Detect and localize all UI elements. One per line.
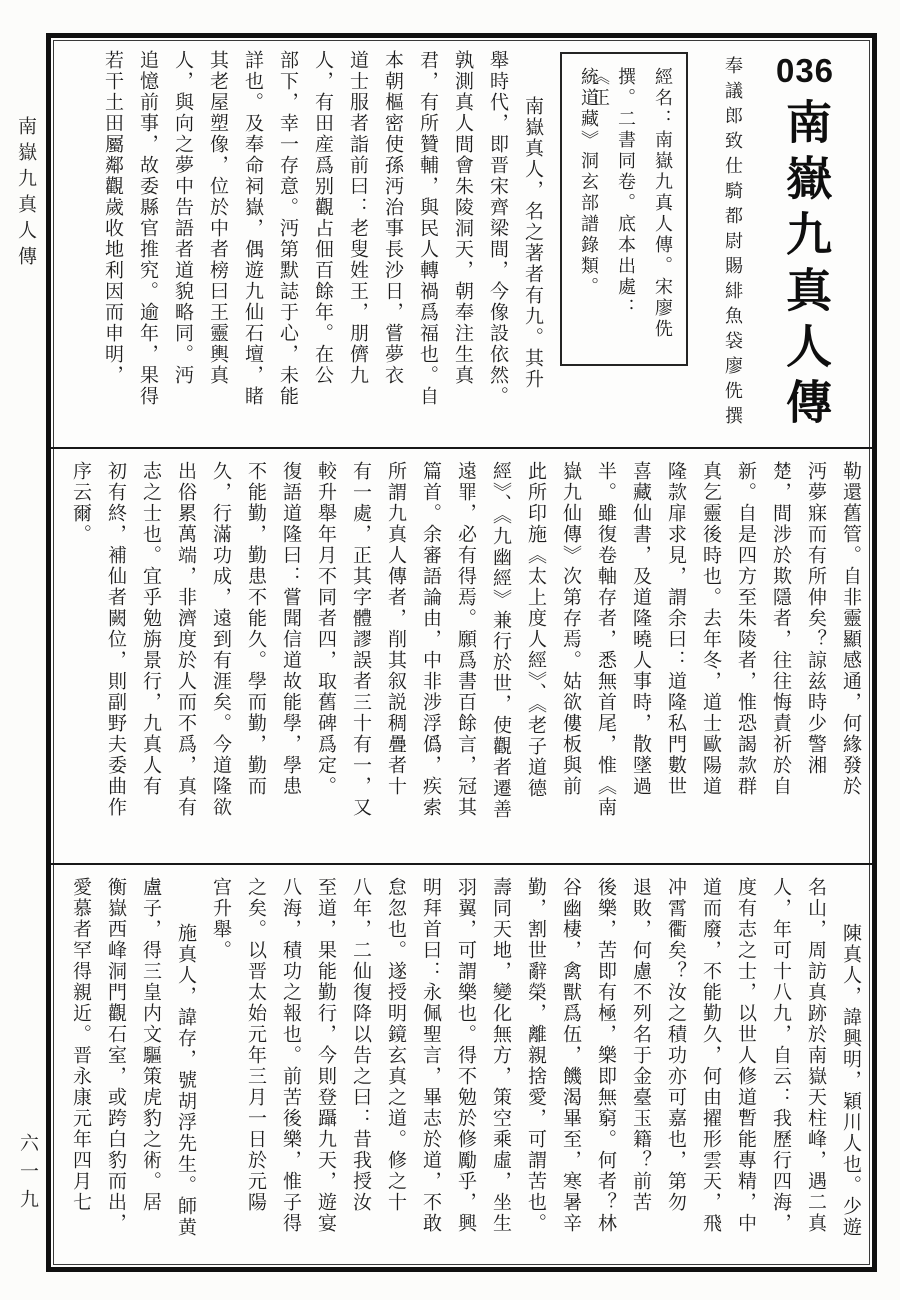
text-column: 道而廢，不能勤久，何由擢形雲天，飛 (689, 877, 724, 1259)
text-column: 羽翼，可謂樂也。得不勉於修勵乎，興 (444, 877, 479, 1259)
text-column: 沔夢寐而有所伸矣？諒兹時少警湘 (794, 461, 829, 855)
text-column: 道士服者詣前曰：老叟姓王，朋儕九 (336, 50, 371, 439)
author-byline: 奉議郎致仕騎都尉賜緋魚袋廖侁撰 (698, 50, 746, 439)
text-column: 此所印施《太上度人經》、《老子道德 (514, 461, 549, 855)
text-column: 怠忽也。遂授明鏡玄真之道。修之十 (374, 877, 409, 1259)
document-number: 036 (746, 52, 864, 90)
text-column: 勤，割世辭榮，離親捨愛，可謂苦也。 (514, 877, 549, 1259)
colophon-line: 撰。二書同卷。底本出處：《正 (609, 67, 639, 351)
colophon-line: 統道藏》洞玄部譜錄類。 (572, 67, 602, 351)
text-column: 篇首。余審語論由，中非涉浮僞，疾索 (409, 461, 444, 855)
text-column: 較升舉年月不同者四，取舊碑爲定。 (304, 461, 339, 855)
text-column: 舉時代，即晋宋齊梁間，今像設依然。 (476, 50, 511, 439)
text-column: 勒還舊管。自非靈顯感通，何緣發於 (829, 461, 864, 855)
text-column: 詳也。及奉命祠嶽，偶遊九仙石壇，睹 (231, 50, 266, 439)
text-column: 若干土田屬鄰觀歲收地利因而申明， (91, 50, 126, 439)
text-column: 序云爾。 (59, 461, 94, 855)
text-column: 隆款扉求見，謂余曰：道隆私門數世 (654, 461, 689, 855)
text-column: 退敗，何慮不列名于金臺玉籍？前苦 (619, 877, 654, 1259)
text-column: 久，行滿功成，遠到有涯矣。今道隆欲 (199, 461, 234, 855)
register-middle: 勒還舊管。自非靈顯感通，何緣發於沔夢寐而有所伸矣？諒兹時少警湘楚，間涉於欺隱者，… (51, 447, 872, 863)
colophon-line: 經名：南嶽九真人傳。宋廖侁 (646, 67, 676, 351)
text-column: 八海，積功之報也。前苦後樂，惟子得 (269, 877, 304, 1259)
text-column: 真乞靈後時也。去年冬，道士歐陽道 (689, 461, 724, 855)
text-column: 至道，果能勤行，今則登躡九天，遊宴 (304, 877, 339, 1259)
text-column: 新。自是四方至朱陵者，惟恐謁款群 (724, 461, 759, 855)
text-column: 陳真人，諱興明，穎川人也。少遊 (829, 877, 864, 1259)
text-column: 追憶前事，故委縣官推究。逾年，果得 (126, 50, 161, 439)
text-column: 宫升舉。 (199, 877, 234, 1259)
text-column: 度有志之士，以世人修道暫能專精，中 (724, 877, 759, 1259)
page-number: 六一九 (14, 1133, 41, 1217)
text-column: 君，有所贊輔，與民人轉禍爲福也。自 (406, 50, 441, 439)
text-column: 不能勤，勤患不能久。學而勤，勤而 (234, 461, 269, 855)
text-column: 半。雖復卷軸存者，悉無首尾，惟《南 (584, 461, 619, 855)
text-column: 復語道隆曰：嘗聞信道故能學，學患 (269, 461, 304, 855)
register-bottom: 陳真人，諱興明，穎川人也。少遊名山，周訪真跡於南嶽天柱峰，遇二真人，年可十八九，… (51, 863, 872, 1267)
text-column: 盧子，得三皇内文驅策虎豹之術。居 (129, 877, 164, 1259)
text-column: 八年，二仙復降以告之曰：昔我授汝 (339, 877, 374, 1259)
text-column: 有一處，正其字體謬誤者三十有一，又 (339, 461, 374, 855)
text-column: 遠罪，必有得焉。願爲書百餘言，冠其 (444, 461, 479, 855)
text-column: 人，年可十八九，自云：我歷行四海， (759, 877, 794, 1259)
text-column: 衡嶽西峰洞門觀石室，或跨白豹而出， (94, 877, 129, 1259)
text-column: 部下，幸一存意。沔第默誌于心，未能 (266, 50, 301, 439)
text-column: 明拜首曰：永佩聖言，畢志於道，不敢 (409, 877, 444, 1259)
text-column: 後樂，苦即有極，樂即無窮。何者？林 (584, 877, 619, 1259)
scanned-page: 南嶽九真人傳 六一九 036 南嶽九真人傳 奉議郎致仕騎都尉賜緋魚袋廖侁撰 經名… (0, 0, 900, 1300)
text-column: 谷幽棲，禽獸爲伍，饑渴畢至，寒暑辛 (549, 877, 584, 1259)
text-column: 嶽九仙傳》次第存焉。姑欲僂板與前 (549, 461, 584, 855)
text-column: 人，與向之夢中告語者道貌略同。沔 (161, 50, 196, 439)
text-column: 孰測真人間會朱陵洞天，朝奉注生真 (441, 50, 476, 439)
text-column: 初有終，補仙者闕位，則副野夫委曲作 (94, 461, 129, 855)
text-column: 名山，周訪真跡於南嶽天柱峰，遇二真 (794, 877, 829, 1259)
text-column: 壽同天地，變化無方，策空乘虛，坐生 (479, 877, 514, 1259)
bottom-register-columns: 陳真人，諱興明，穎川人也。少遊名山，周訪真跡於南嶽天柱峰，遇二真人，年可十八九，… (61, 877, 864, 1259)
text-column: 南嶽真人，名之著者有九。其升 (511, 50, 546, 439)
text-column: 本朝樞密使孫沔治事長沙日，嘗夢衣 (371, 50, 406, 439)
title-block: 036 南嶽九真人傳 (746, 50, 864, 439)
text-column: 志之士也。宜乎勉旃景行，九真人有 (129, 461, 164, 855)
text-column: 楚，間涉於欺隱者，往往悔責祈於自 (759, 461, 794, 855)
top-register-columns: 036 南嶽九真人傳 奉議郎致仕騎都尉賜緋魚袋廖侁撰 經名：南嶽九真人傳。宋廖侁… (61, 50, 864, 439)
text-column: 冲霄衢矣？汝之積功亦可嘉也，第勿 (654, 877, 689, 1259)
page-frame: 036 南嶽九真人傳 奉議郎致仕騎都尉賜緋魚袋廖侁撰 經名：南嶽九真人傳。宋廖侁… (46, 33, 877, 1272)
text-column: 喜藏仙書，及道隆曉人事時，散墜過 (619, 461, 654, 855)
colophon-box: 經名：南嶽九真人傳。宋廖侁撰。二書同卷。底本出處：《正統道藏》洞玄部譜錄類。 (560, 52, 688, 366)
register-top: 036 南嶽九真人傳 奉議郎致仕騎都尉賜緋魚袋廖侁撰 經名：南嶽九真人傳。宋廖侁… (51, 38, 872, 447)
middle-register-columns: 勒還舊管。自非靈顯感通，何緣發於沔夢寐而有所伸矣？諒兹時少警湘楚，間涉於欺隱者，… (61, 461, 864, 855)
text-column: 愛慕者罕得親近。晋永康元年四月七 (59, 877, 94, 1259)
margin-running-title: 南嶽九真人傳 (12, 116, 39, 272)
text-column: 施真人，諱存，號胡浮先生。師黄 (164, 877, 199, 1259)
text-column: 其老屋塑像，位於中者榜曰王靈輿真 (196, 50, 231, 439)
text-column: 所謂九真人傳者，削其叙説稠疊者十 (374, 461, 409, 855)
text-column: 人，有田産爲别觀占佃百餘年。在公 (301, 50, 336, 439)
page-title: 南嶽九真人傳 (772, 98, 838, 434)
text-column: 之矣。以晋太始元年三月一日於元陽 (234, 877, 269, 1259)
colophon-area: 經名：南嶽九真人傳。宋廖侁撰。二書同卷。底本出處：《正統道藏》洞玄部譜錄類。 (546, 50, 698, 439)
text-column: 經》、《九幽經》兼行於世，使觀者遷善 (479, 461, 514, 855)
text-column: 出俗累萬端，非濟度於人而不爲，真有 (164, 461, 199, 855)
